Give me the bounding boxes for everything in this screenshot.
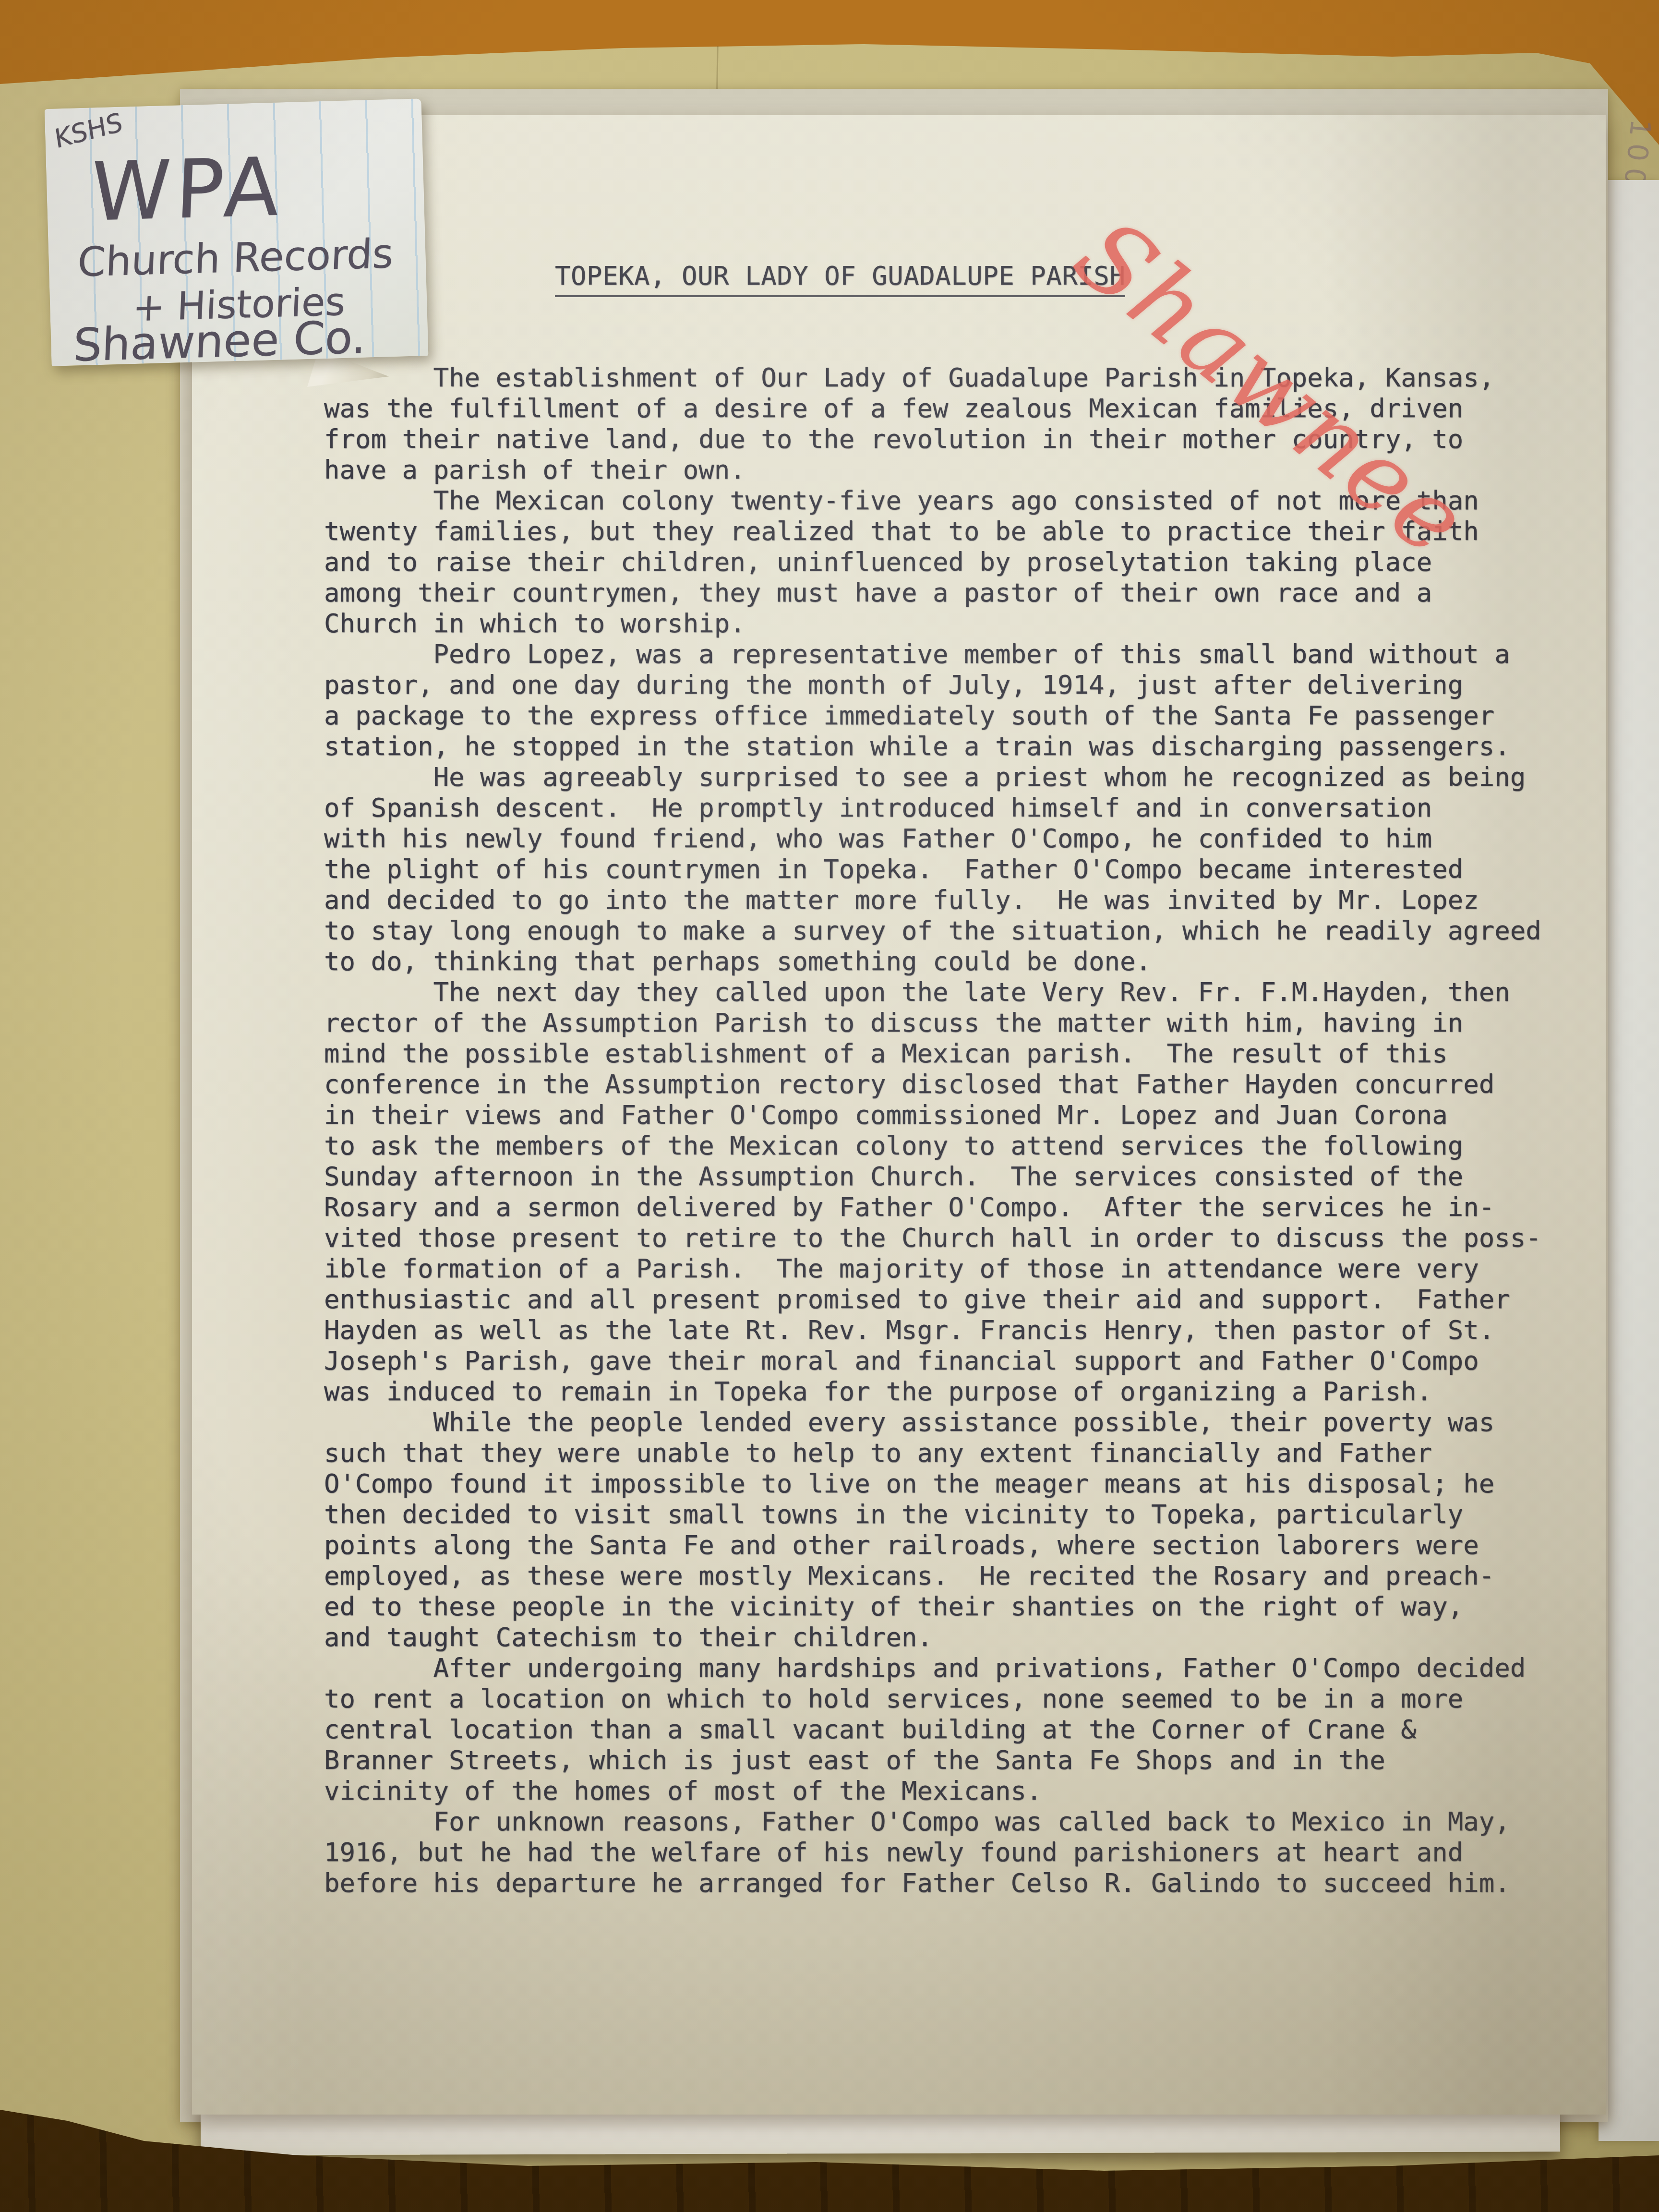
paragraph-5: The next day they called upon the late V… [324, 977, 1587, 1407]
handwritten-archive-note: KSHS WPA Church Records + Histories Shaw… [45, 98, 429, 366]
paragraph-3: Pedro Lopez, was a representative member… [324, 639, 1587, 762]
paragraph-6: While the people lended every assistance… [324, 1407, 1587, 1653]
note-line-wpa: WPA [89, 140, 286, 240]
paragraph-4: He was agreeably surprised to see a prie… [324, 762, 1587, 977]
archival-photo-scene: 1004 TOPEKA, OUR LADY OF GUADALUPE PARIS… [0, 0, 1659, 2212]
typed-document-page: TOPEKA, OUR LADY OF GUADALUPE PARISH The… [192, 115, 1606, 2115]
paragraph-7: After undergoing many hardships and priv… [324, 1653, 1587, 1806]
paragraph-8: For unknown reasons, Father O'Compo was … [324, 1806, 1587, 1899]
note-line-church-records: Church Records [77, 230, 395, 286]
note-line-shawnee-co: Shawnee Co. [72, 311, 367, 372]
typed-text-block: TOPEKA, OUR LADY OF GUADALUPE PARISH The… [192, 115, 1606, 1899]
page-title: TOPEKA, OUR LADY OF GUADALUPE PARISH [555, 261, 1125, 297]
